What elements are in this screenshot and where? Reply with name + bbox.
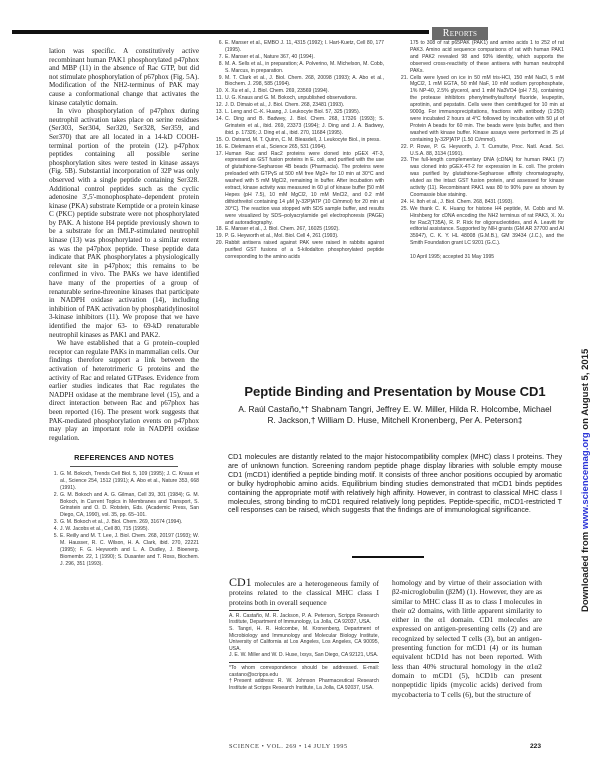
paragraph: lation was specific. A constitutively ac…: [49, 47, 199, 107]
reference-item: 19.P. G. Heyworth et al., Mol. Biol. Cel…: [214, 233, 384, 240]
reference-item: 9.M. T. Clark et al., J. Biol. Chem. 268…: [214, 75, 384, 89]
reference-item: 13.L. Leng and C.-K. Huang, J. Leukocyte…: [214, 109, 384, 116]
reference-item: 4.J. W. Jacobs et al., Cell 80, 715 (199…: [49, 526, 199, 533]
reference-item: 3.G. M. Bokoch et al., J. Biol. Chem. 26…: [49, 519, 199, 526]
affiliation: J. E. W. Miller and W. D. Huse, Ixsys, S…: [229, 652, 379, 659]
correspondence-note: *To whom correspondence should be addres…: [229, 665, 379, 678]
article-body-left: CD1 molecules are a heterogeneous family…: [229, 578, 379, 691]
reference-item: 7.E. Manser et al., Nature 367, 40 (1994…: [214, 54, 384, 61]
article-body-right: homology and by virtue of their associat…: [392, 578, 542, 699]
article-abstract: CD1 molecules are distantly related to t…: [228, 453, 562, 515]
opening-paragraph: CD1 molecules are a heterogeneous family…: [229, 578, 379, 607]
reference-item: 175 to 308 of rat p65PAK (PAK1) and amin…: [399, 40, 564, 75]
reference-item: 21.Cells were lysed on ice in 50 mM tris…: [399, 75, 564, 144]
journal-footer: SCIENCE • VOL. 269 • 14 JULY 1995: [229, 743, 348, 750]
right-references: 175 to 308 of rat p65PAK (PAK1) and amin…: [399, 40, 564, 261]
references-heading: REFERENCES AND NOTES: [49, 454, 199, 463]
header-rule: [12, 30, 429, 34]
reference-item: 20.Rabbit antisera raised against PAK we…: [214, 240, 384, 261]
reference-item: 22.P. Rowe, P. G. Heyworth, J. T. Curnut…: [399, 144, 564, 158]
reference-item: 24.H. Itoh et al., J. Biol. Chem. 268, 8…: [399, 199, 564, 206]
paragraph: We have established that a G protein–cou…: [49, 339, 199, 442]
reference-item: 10.X. Xu et al., J. Biol. Chem. 269, 235…: [214, 88, 384, 95]
reference-item: 6.E. Manser et al., EMBO J. 11, 4315 (19…: [214, 40, 384, 54]
present-address-note: †Present address: R. W. Johnson Pharmace…: [229, 678, 379, 691]
section-label: Reports: [432, 27, 488, 40]
paragraph: In vivo phosphorylation of p47phox durin…: [49, 107, 199, 339]
reference-item: 25.We thank C. K. Huang for histone H4 p…: [399, 206, 564, 247]
page-number: 223: [530, 743, 541, 750]
download-watermark: Downloaded from www.sciencemag.org on Au…: [580, 349, 591, 612]
drop-cap: CD1: [229, 575, 252, 589]
reference-item: 18.E. Manser et al., J. Biol. Chem. 267,…: [214, 226, 384, 233]
reference-item: 2.G. M. Bokoch and A. G. Gilman, Cell 39…: [49, 492, 199, 520]
reference-item: 16.E. Diekmann et al., Science 265, 531 …: [214, 144, 384, 151]
affiliation: A. R. Castaño, M. R. Jackson, P. A. Pete…: [229, 613, 379, 626]
reference-item: 17.Human Rac and Rac2 proteins were clon…: [214, 151, 384, 227]
reference-item: 23.The full-length complementary DNA (cD…: [399, 157, 564, 198]
affiliation: S. Tangri, H. R. Holcombe, M. Kronenberg…: [229, 626, 379, 652]
abstract-rule: [352, 556, 424, 558]
references-rule: [70, 466, 178, 467]
reference-item: 15.O. Ostrand, M. T. Quinn, C. M. Bleasd…: [214, 137, 384, 144]
reference-item: 12.J. D. Dimaio et al., J. Biol. Chem. 2…: [214, 102, 384, 109]
references-list: 1.G. M. Bokoch, Trends Cell Biol. 5, 109…: [49, 471, 199, 568]
reference-item: 11.U. G. Knaus and G. M. Bokoch, unpubli…: [214, 95, 384, 102]
reference-item: 5.E. Reilly and M. T. Lee, J. Biol. Chem…: [49, 533, 199, 568]
received-dates: 10 April 1995; accepted 31 May 1995: [399, 254, 564, 261]
sciencemag-link[interactable]: www.sciencemag.org: [580, 432, 591, 529]
reference-item: 14.C. Ding and B. Badwey, J. Biol. Chem.…: [214, 116, 384, 137]
article-title: Peptide Binding and Presentation by Mous…: [230, 384, 560, 399]
left-column: lation was specific. A constitutively ac…: [49, 47, 199, 568]
reference-item: 8.M. A. Sells et al., in preparation; A.…: [214, 61, 384, 75]
notes-rule: [229, 662, 379, 663]
reference-item: 1.G. M. Bokoch, Trends Cell Biol. 5, 109…: [49, 471, 199, 492]
article-authors: A. Raúl Castaño,*† Shabnam Tangri, Jeffr…: [235, 404, 555, 425]
affiliation-rule: [229, 610, 279, 611]
middle-references: 6.E. Manser et al., EMBO J. 11, 4315 (19…: [214, 40, 384, 261]
